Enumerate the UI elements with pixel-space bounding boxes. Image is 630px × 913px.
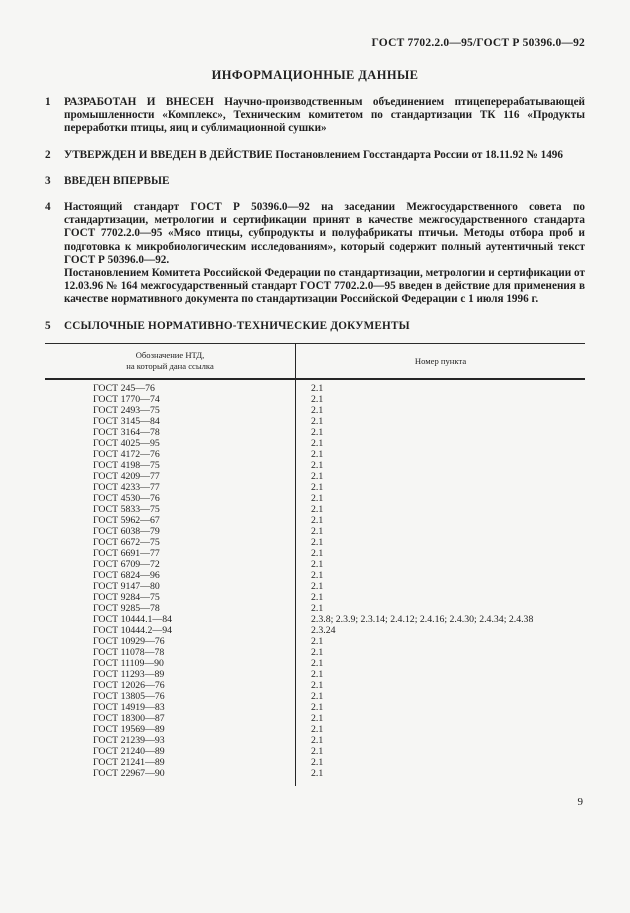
punkt-number-cell: 2.1 [296,691,585,702]
item-paragraph: Настоящий стандарт ГОСТ Р 50396.0—92 на … [64,201,585,267]
document-content: ГОСТ 7702.2.0—95/ГОСТ Р 50396.0—92 ИНФОР… [0,0,630,808]
punkt-number-cell: 2.1 [296,559,585,570]
punkt-number-cell: 2.1 [296,493,585,504]
ntd-designation-cell: ГОСТ 19569—89 [45,724,296,735]
table-row: ГОСТ 4233—772.1 [45,482,585,493]
punkt-number-cell: 2.1 [296,713,585,724]
ntd-designation-cell: ГОСТ 12026—76 [45,680,296,691]
punkt-number-cell: 2.1 [296,570,585,581]
table-row: ГОСТ 4172—762.1 [45,449,585,460]
info-item-1: 1 РАЗРАБОТАН И ВНЕСЕН Научно-производств… [45,96,585,136]
table-divider-extension [45,779,585,786]
ntd-designation-cell: ГОСТ 11293—89 [45,669,296,680]
table-row: ГОСТ 12026—762.1 [45,680,585,691]
table-row: ГОСТ 14919—832.1 [45,702,585,713]
table-row: ГОСТ 10444.1—842.3.8; 2.3.9; 2.3.14; 2.4… [45,614,585,625]
ntd-designation-cell: ГОСТ 3145—84 [45,416,296,427]
punkt-number-cell: 2.1 [296,647,585,658]
punkt-number-cell: 2.1 [296,592,585,603]
table-row: ГОСТ 10444.2—942.3.24 [45,625,585,636]
table-row: ГОСТ 2493—752.1 [45,405,585,416]
item-paragraph: Постановлением Комитета Российской Федер… [64,267,585,307]
ntd-designation-cell: ГОСТ 4233—77 [45,482,296,493]
document-page: ГОСТ 7702.2.0—95/ГОСТ Р 50396.0—92 ИНФОР… [0,0,630,913]
ntd-designation-cell: ГОСТ 4198—75 [45,460,296,471]
ntd-designation-cell: ГОСТ 10444.1—84 [45,614,296,625]
punkt-number-cell: 2.1 [296,746,585,757]
ntd-designation-cell: ГОСТ 9147—80 [45,581,296,592]
ntd-designation-cell: ГОСТ 4025—95 [45,438,296,449]
info-item-2: 2 УТВЕРЖДЕН И ВВЕДЕН В ДЕЙСТВИЕ Постанов… [45,149,585,162]
ntd-designation-cell: ГОСТ 22967—90 [45,768,296,779]
ntd-designation-cell: ГОСТ 18300—87 [45,713,296,724]
punkt-number-cell: 2.1 [296,724,585,735]
document-code-header: ГОСТ 7702.2.0—95/ГОСТ Р 50396.0—92 [45,36,585,50]
ntd-designation-cell: ГОСТ 6824—96 [45,570,296,581]
table-row: ГОСТ 6824—962.1 [45,570,585,581]
ntd-designation-cell: ГОСТ 6691—77 [45,548,296,559]
ntd-designation-cell: ГОСТ 4172—76 [45,449,296,460]
section-heading: ССЫЛОЧНЫЕ НОРМАТИВНО-ТЕХНИЧЕСКИЕ ДОКУМЕН… [64,320,585,333]
table-row: ГОСТ 11293—892.1 [45,669,585,680]
table-row: ГОСТ 10929—762.1 [45,636,585,647]
item-number: 5 [45,320,64,333]
item-number: 4 [45,201,64,307]
ntd-designation-cell: ГОСТ 4530—76 [45,493,296,504]
punkt-number-cell: 2.1 [296,757,585,768]
table-row: ГОСТ 11109—902.1 [45,658,585,669]
punkt-number-cell: 2.1 [296,702,585,713]
punkt-number-cell: 2.1 [296,379,585,394]
item-number: 2 [45,149,64,162]
page-number: 9 [45,796,585,808]
table-row: ГОСТ 11078—782.1 [45,647,585,658]
item-number: 3 [45,175,64,188]
column-header-punkt: Номер пункта [296,343,585,379]
references-table-header: Обозначение НТД, на который дана ссылка … [45,343,585,379]
punkt-number-cell: 2.1 [296,768,585,779]
punkt-number-cell: 2.1 [296,405,585,416]
punkt-number-cell: 2.1 [296,581,585,592]
ntd-designation-cell: ГОСТ 21240—89 [45,746,296,757]
punkt-number-cell: 2.1 [296,669,585,680]
ntd-designation-cell: ГОСТ 10444.2—94 [45,625,296,636]
ntd-designation-cell: ГОСТ 10929—76 [45,636,296,647]
ntd-designation-cell: ГОСТ 2493—75 [45,405,296,416]
references-table-body: ГОСТ 245—762.1ГОСТ 1770—742.1ГОСТ 2493—7… [45,379,585,786]
table-row: ГОСТ 5833—752.1 [45,504,585,515]
table-row: ГОСТ 4530—762.1 [45,493,585,504]
punkt-number-cell: 2.1 [296,438,585,449]
punkt-number-cell: 2.1 [296,735,585,746]
table-row: ГОСТ 21239—932.1 [45,735,585,746]
table-row: ГОСТ 9284—752.1 [45,592,585,603]
table-row: ГОСТ 5962—672.1 [45,515,585,526]
table-row: ГОСТ 245—762.1 [45,379,585,394]
ntd-designation-cell: ГОСТ 6672—75 [45,537,296,548]
punkt-number-cell: 2.1 [296,515,585,526]
ntd-designation-cell: ГОСТ 13805—76 [45,691,296,702]
punkt-number-cell: 2.1 [296,504,585,515]
ntd-designation-cell: ГОСТ 21241—89 [45,757,296,768]
punkt-number-cell: 2.1 [296,416,585,427]
punkt-number-cell: 2.3.24 [296,625,585,636]
info-item-5: 5 ССЫЛОЧНЫЕ НОРМАТИВНО-ТЕХНИЧЕСКИЕ ДОКУМ… [45,320,585,333]
table-row: ГОСТ 3145—842.1 [45,416,585,427]
info-item-3: 3 ВВЕДЕН ВПЕРВЫЕ [45,175,585,188]
ntd-designation-cell: ГОСТ 5962—67 [45,515,296,526]
table-row: ГОСТ 19569—892.1 [45,724,585,735]
table-row: ГОСТ 9285—782.1 [45,603,585,614]
punkt-number-cell: 2.1 [296,427,585,438]
table-row: ГОСТ 6038—792.1 [45,526,585,537]
page-title: ИНФОРМАЦИОННЫЕ ДАННЫЕ [45,68,585,83]
ntd-designation-cell: ГОСТ 4209—77 [45,471,296,482]
punkt-number-cell: 2.1 [296,548,585,559]
punkt-number-cell: 2.1 [296,603,585,614]
table-row: ГОСТ 13805—762.1 [45,691,585,702]
item-number: 1 [45,96,64,136]
info-item-4: 4 Настоящий стандарт ГОСТ Р 50396.0—92 н… [45,201,585,307]
table-row: ГОСТ 3164—782.1 [45,427,585,438]
item-text: Настоящий стандарт ГОСТ Р 50396.0—92 на … [64,201,585,307]
ntd-designation-cell: ГОСТ 14919—83 [45,702,296,713]
ntd-designation-cell: ГОСТ 3164—78 [45,427,296,438]
ntd-designation-cell: ГОСТ 6709—72 [45,559,296,570]
table-row: ГОСТ 21240—892.1 [45,746,585,757]
item-text: ВВЕДЕН ВПЕРВЫЕ [64,175,585,188]
ntd-designation-cell: ГОСТ 5833—75 [45,504,296,515]
table-row: ГОСТ 18300—872.1 [45,713,585,724]
table-row: ГОСТ 21241—892.1 [45,757,585,768]
column-header-ntd: Обозначение НТД, на который дана ссылка [45,343,296,379]
ntd-designation-cell: ГОСТ 1770—74 [45,394,296,405]
punkt-number-cell: 2.1 [296,449,585,460]
table-row: ГОСТ 6672—752.1 [45,537,585,548]
references-table: Обозначение НТД, на который дана ссылка … [45,343,585,786]
ntd-designation-cell: ГОСТ 9285—78 [45,603,296,614]
table-row: ГОСТ 6691—772.1 [45,548,585,559]
punkt-number-cell: 2.1 [296,636,585,647]
punkt-number-cell: 2.3.8; 2.3.9; 2.3.14; 2.4.12; 2.4.16; 2.… [296,614,585,625]
table-row: ГОСТ 22967—902.1 [45,768,585,779]
ntd-designation-cell: ГОСТ 11109—90 [45,658,296,669]
table-row: ГОСТ 4198—752.1 [45,460,585,471]
punkt-number-cell: 2.1 [296,526,585,537]
punkt-number-cell: 2.1 [296,658,585,669]
punkt-number-cell: 2.1 [296,482,585,493]
item-text: УТВЕРЖДЕН И ВВЕДЕН В ДЕЙСТВИЕ Постановле… [64,149,585,162]
table-row: ГОСТ 1770—742.1 [45,394,585,405]
punkt-number-cell: 2.1 [296,471,585,482]
ntd-designation-cell: ГОСТ 11078—78 [45,647,296,658]
punkt-number-cell: 2.1 [296,394,585,405]
ntd-designation-cell: ГОСТ 6038—79 [45,526,296,537]
table-row: ГОСТ 9147—802.1 [45,581,585,592]
table-row: ГОСТ 6709—722.1 [45,559,585,570]
ntd-designation-cell: ГОСТ 21239—93 [45,735,296,746]
punkt-number-cell: 2.1 [296,537,585,548]
table-row: ГОСТ 4209—772.1 [45,471,585,482]
punkt-number-cell: 2.1 [296,460,585,471]
ntd-designation-cell: ГОСТ 9284—75 [45,592,296,603]
item-text: РАЗРАБОТАН И ВНЕСЕН Научно-производствен… [64,96,585,136]
punkt-number-cell: 2.1 [296,680,585,691]
table-row: ГОСТ 4025—952.1 [45,438,585,449]
ntd-designation-cell: ГОСТ 245—76 [45,379,296,394]
